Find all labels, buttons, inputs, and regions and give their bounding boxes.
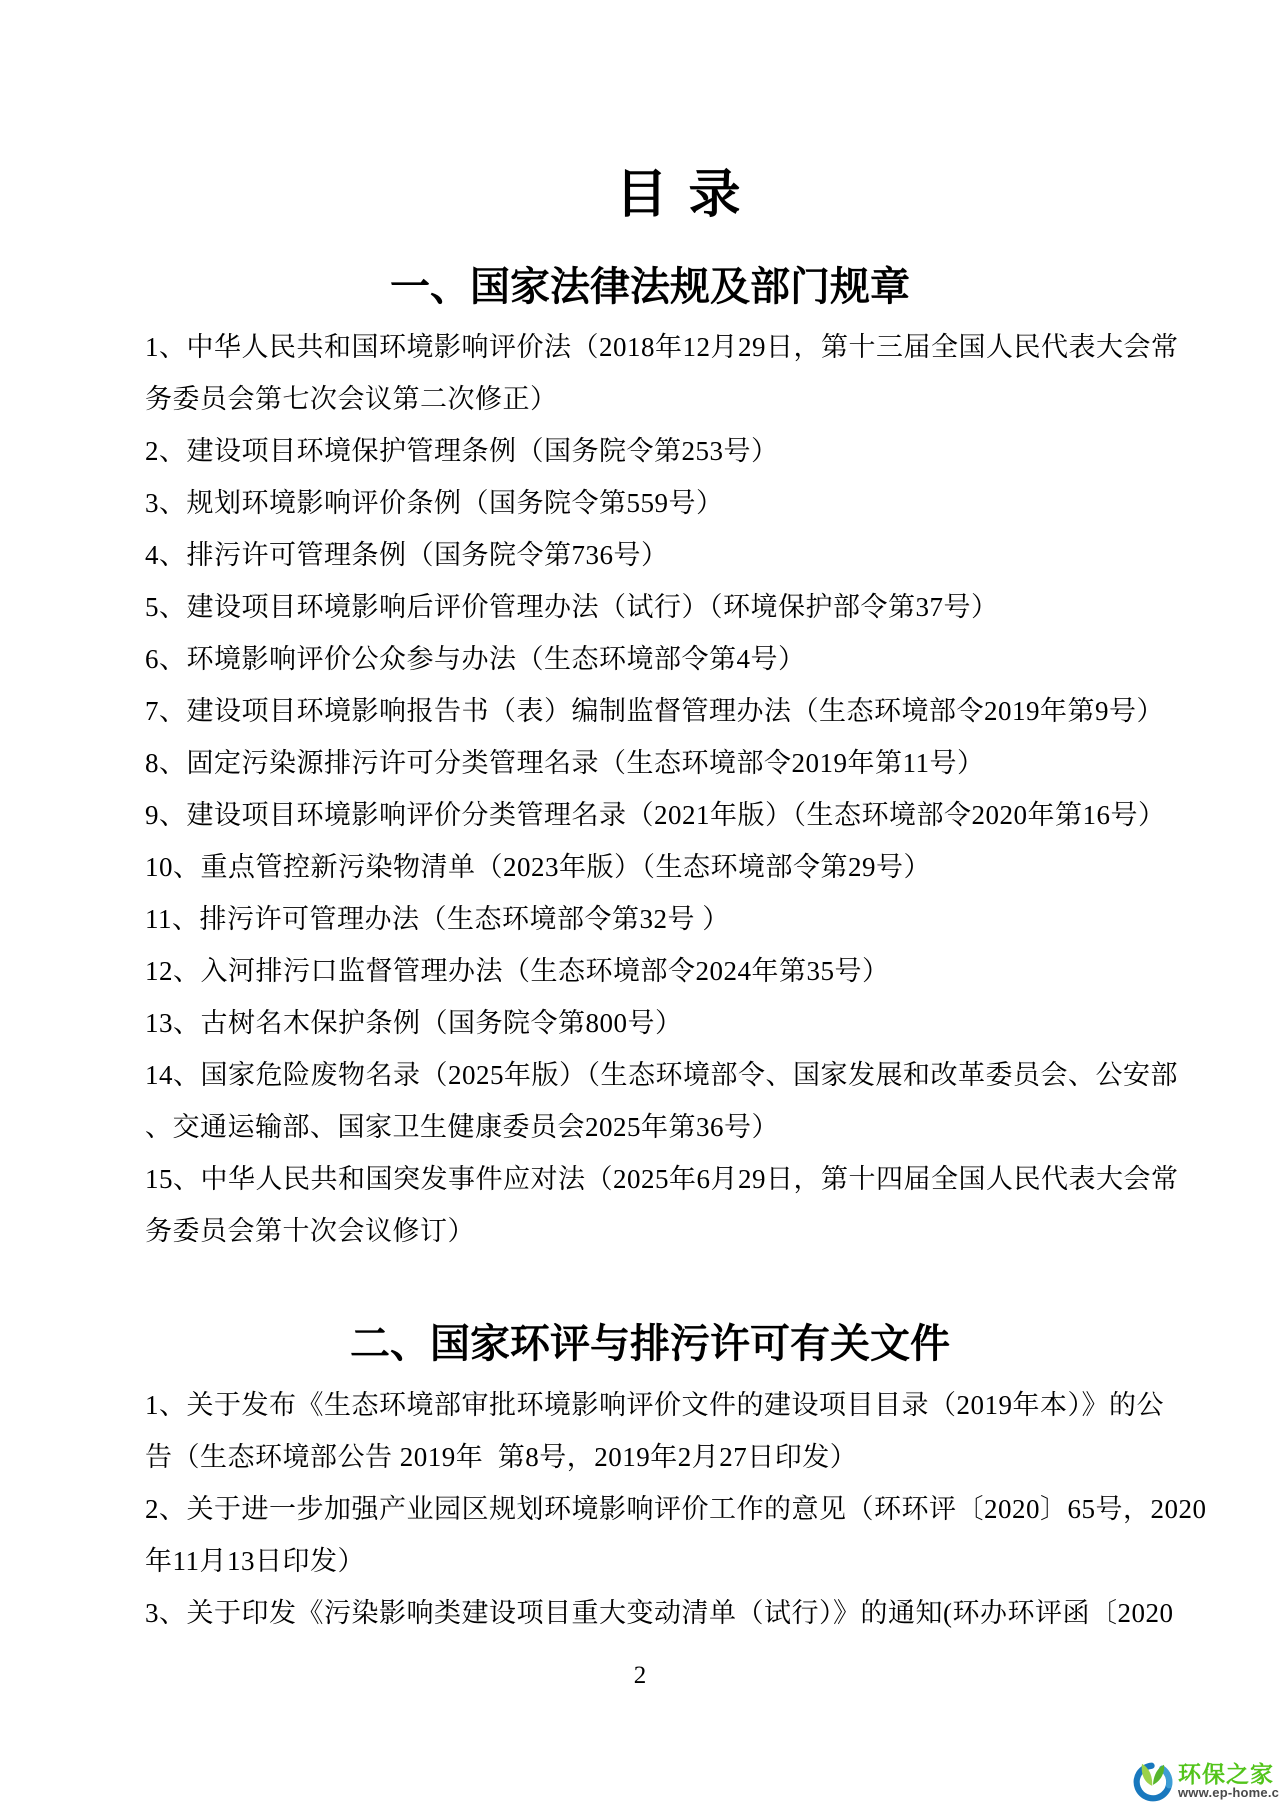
page-number: 2 xyxy=(145,1660,1135,1692)
toc-line: 10、重点管控新污染物清单（2023年版）（生态环境部令第29号） xyxy=(145,841,1137,893)
watermark-site-url: www.ep-home.cn xyxy=(1178,1786,1280,1800)
page-title: 目 录 xyxy=(185,166,1175,228)
toc-line: 15、中华人民共和国突发事件应对法（2025年6月29日，第十四届全国人民代表大… xyxy=(145,1153,1137,1205)
toc-line: 4、排污许可管理条例（国务院令第736号） xyxy=(145,529,1137,581)
toc-line: 5、建设项目环境影响后评价管理办法（试行）（环境保护部令第37号） xyxy=(145,581,1137,633)
section-2-heading: 二、国家环评与排污许可有关文件 xyxy=(155,1320,1145,1372)
toc-line: 9、建设项目环境影响评价分类管理名录（2021年版）（生态环境部令2020年第1… xyxy=(145,789,1137,841)
toc-line: 3、关于印发《污染影响类建设项目重大变动清单（试行）》的通知(环办环评函〔202… xyxy=(145,1587,1137,1639)
toc-line: 务委员会第七次会议第二次修正） xyxy=(145,373,1137,425)
ep-home-logo-icon xyxy=(1130,1756,1176,1806)
toc-line: 年11月13日印发） xyxy=(145,1535,1137,1587)
toc-line: 1、关于发布《生态环境部审批环境影响评价文件的建设项目目录（2019年本）》的公 xyxy=(145,1379,1137,1431)
toc-line: 告（生态环境部公告 2019年 第8号，2019年2月27日印发） xyxy=(145,1431,1137,1483)
toc-line: 6、环境影响评价公众参与办法（生态环境部令第4号） xyxy=(145,633,1137,685)
toc-line: 、交通运输部、国家卫生健康委员会2025年第36号） xyxy=(145,1101,1137,1153)
document-page: 目 录 一、国家法律法规及部门规章 1、中华人民共和国环境影响评价法（2018年… xyxy=(0,0,1280,1809)
section-1-heading: 一、国家法律法规及部门规章 xyxy=(155,263,1145,315)
section-2-list: 1、关于发布《生态环境部审批环境影响评价文件的建设项目目录（2019年本）》的公… xyxy=(145,1379,1137,1639)
toc-line: 2、建设项目环境保护管理条例（国务院令第253号） xyxy=(145,425,1137,477)
watermark-site-name: 环保之家 xyxy=(1178,1762,1280,1786)
toc-line: 2、关于进一步加强产业园区规划环境影响评价工作的意见（环环评〔2020〕65号，… xyxy=(145,1483,1137,1535)
toc-line: 11、排污许可管理办法（生态环境部令第32号 ） xyxy=(145,893,1137,945)
section-1-list: 1、中华人民共和国环境影响评价法（2018年12月29日，第十三届全国人民代表大… xyxy=(145,321,1137,1257)
toc-line: 3、规划环境影响评价条例（国务院令第559号） xyxy=(145,477,1137,529)
toc-line: 务委员会第十次会议修订） xyxy=(145,1205,1137,1257)
watermark-text: 环保之家 www.ep-home.cn xyxy=(1178,1762,1280,1800)
toc-line: 8、固定污染源排污许可分类管理名录（生态环境部令2019年第11号） xyxy=(145,737,1137,789)
watermark: 环保之家 www.ep-home.cn xyxy=(1130,1756,1276,1806)
toc-line: 13、古树名木保护条例（国务院令第800号） xyxy=(145,997,1137,1049)
toc-line: 7、建设项目环境影响报告书（表）编制监督管理办法（生态环境部令2019年第9号） xyxy=(145,685,1137,737)
toc-line: 14、国家危险废物名录（2025年版）（生态环境部令、国家发展和改革委员会、公安… xyxy=(145,1049,1137,1101)
toc-line: 1、中华人民共和国环境影响评价法（2018年12月29日，第十三届全国人民代表大… xyxy=(145,321,1137,373)
toc-line: 12、入河排污口监督管理办法（生态环境部令2024年第35号） xyxy=(145,945,1137,997)
